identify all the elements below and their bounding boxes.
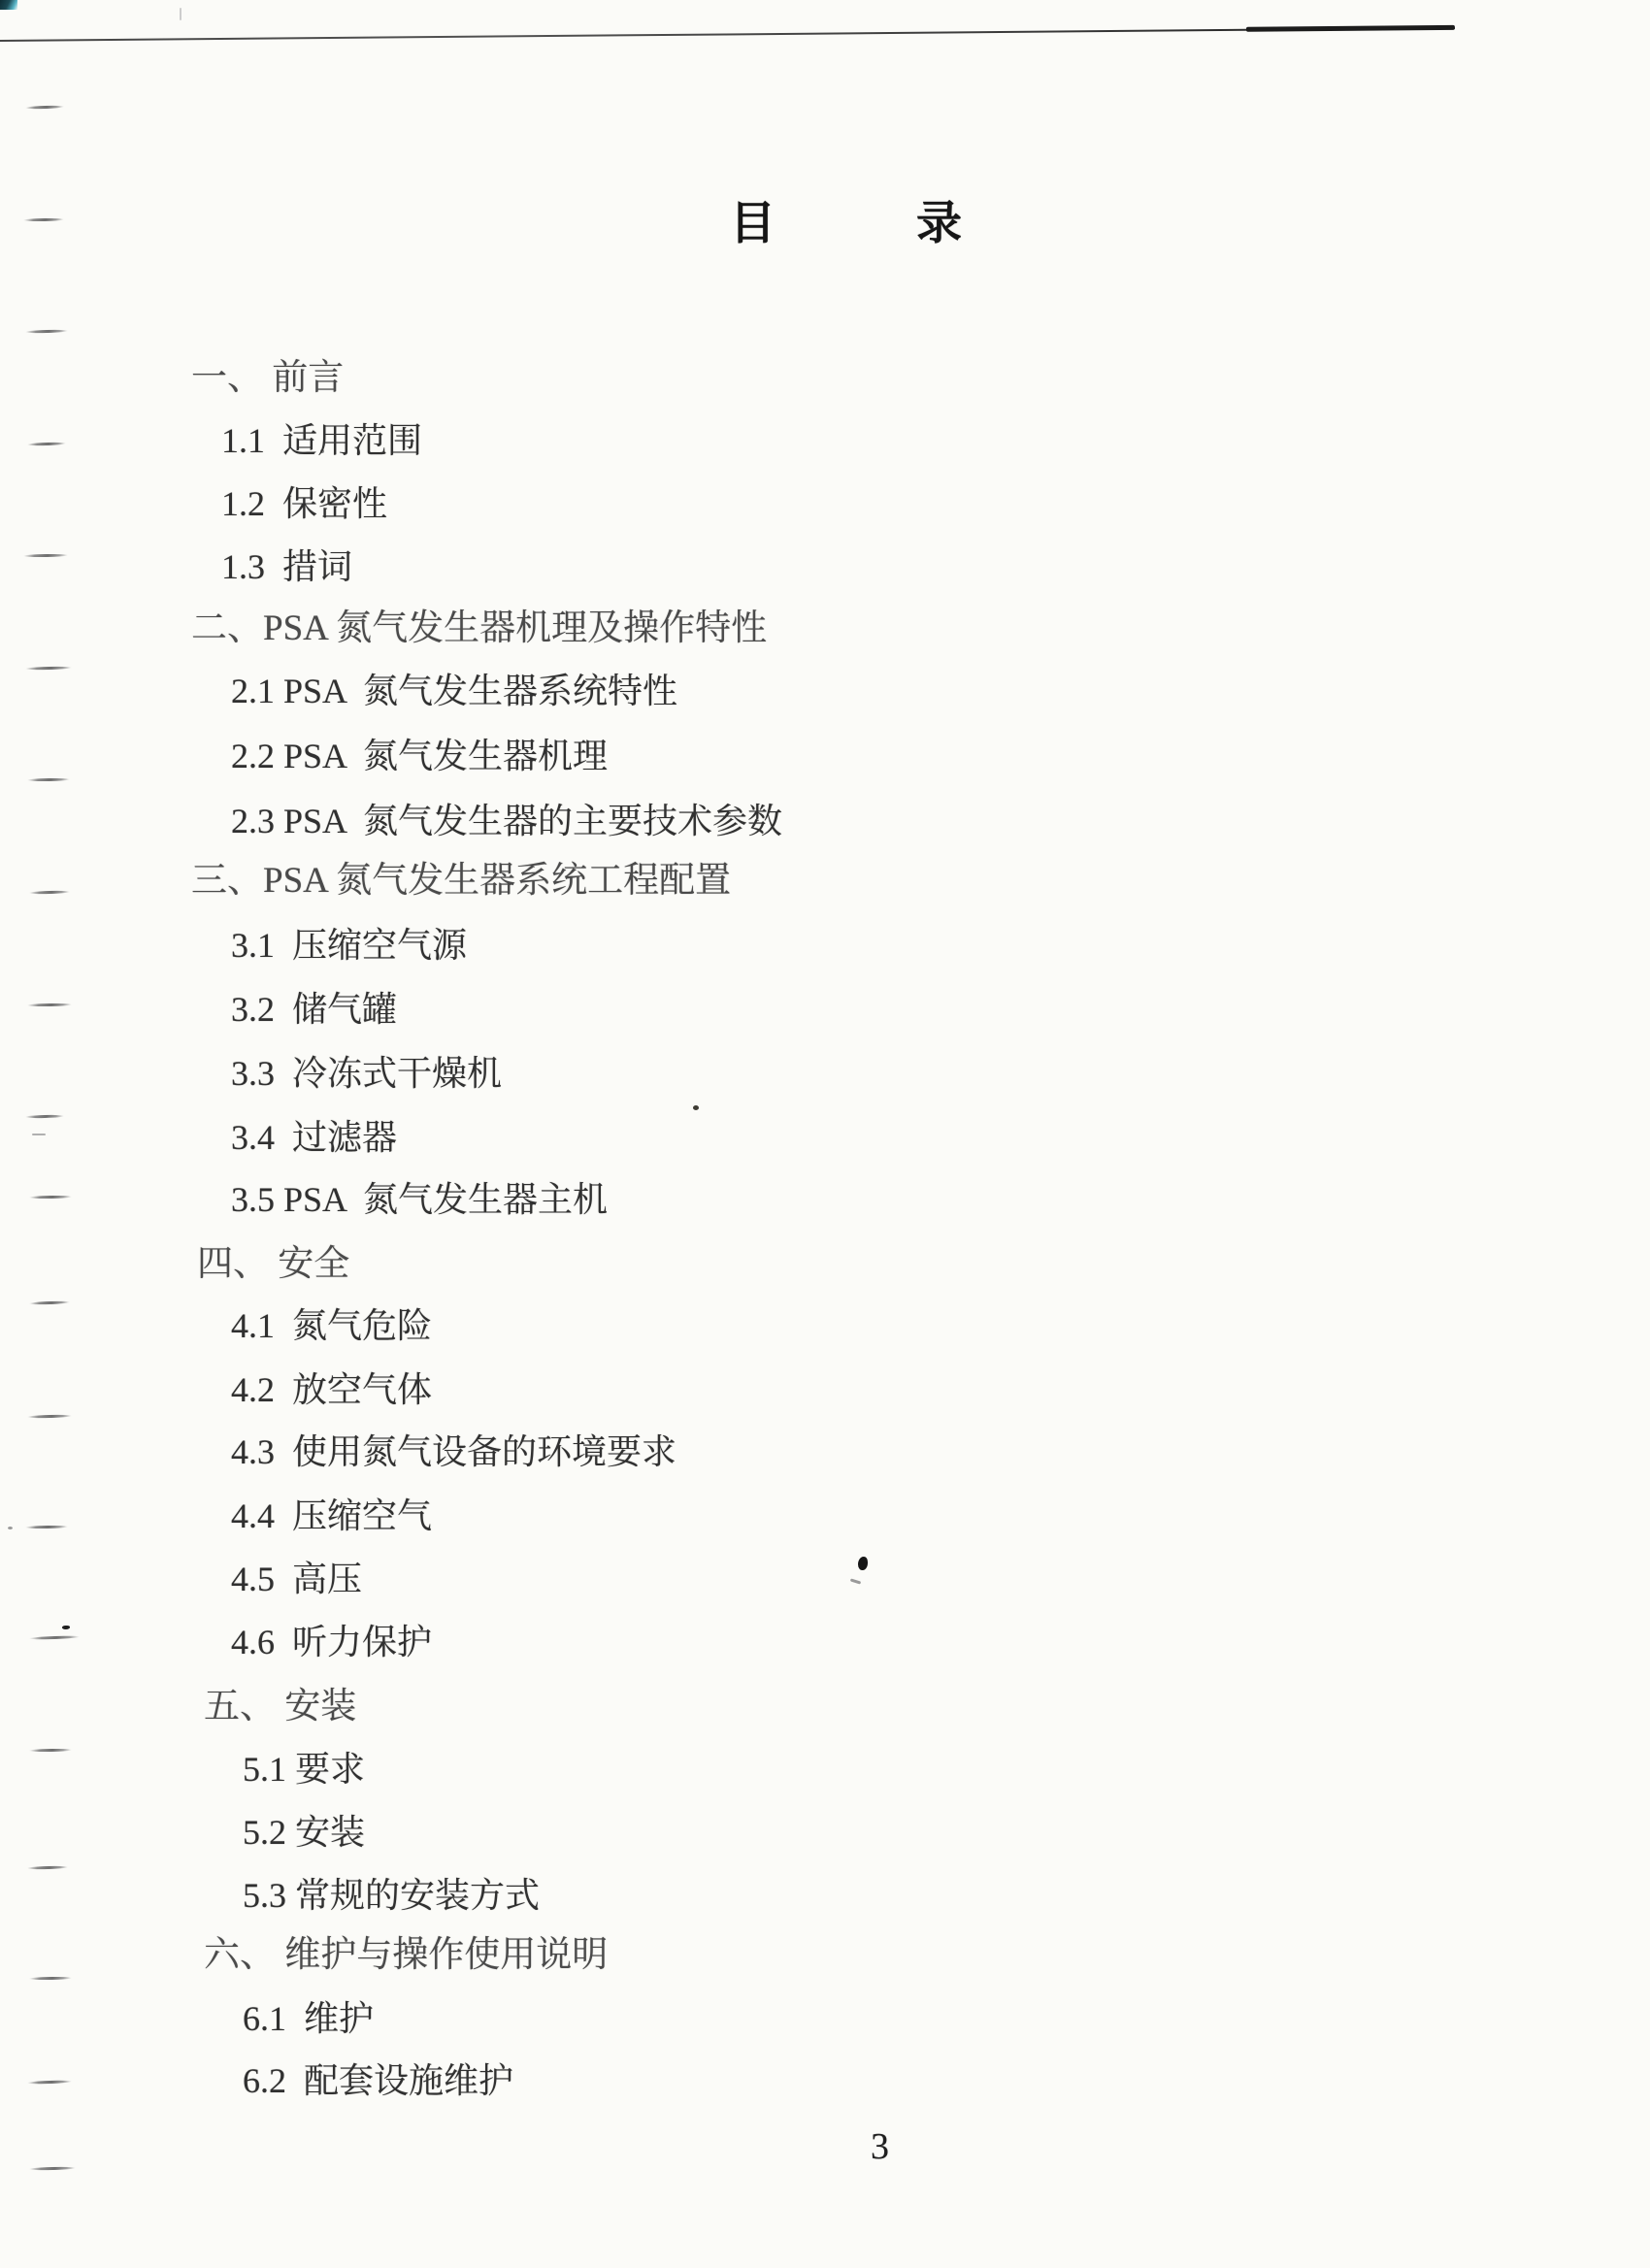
binder-ring-mark — [23, 218, 64, 222]
ink-dot-artifact — [62, 1626, 70, 1629]
toc-item-section-4: 四、 安全 — [197, 1244, 349, 1286]
toc-item-section-1: 一、 前言 — [191, 358, 344, 400]
ink-blot-tail-artifact — [850, 1578, 861, 1584]
toc-item-2-1: 2.1 PSA 氮气发生器系统特性 — [231, 672, 677, 711]
toc-item-5-1: 5.1 要求 — [243, 1750, 365, 1790]
toc-item-4-5: 4.5 高压 — [231, 1560, 362, 1599]
toc-item-2-3: 2.3 PSA 氮气发生器的主要技术参数 — [231, 802, 782, 841]
binder-ring-mark — [27, 778, 70, 782]
scanned-document-page: 目 录 一、 前言 1.1 适用范围 1.2 保密性 1.3 措词 二、PSA … — [0, 0, 1650, 2268]
ink-dot-artifact — [693, 1105, 699, 1110]
toc-item-6-1: 6.1 维护 — [243, 1999, 374, 2039]
toc-item-5-3: 5.3 常规的安装方式 — [243, 1876, 540, 1916]
toc-item-6-2: 6.2 配套设施维护 — [243, 2061, 513, 2101]
toc-item-1-2: 1.2 保密性 — [221, 484, 387, 524]
page-number: 3 — [871, 2125, 889, 2168]
page-title: 目 录 — [730, 200, 963, 250]
binder-ring-mark — [29, 1635, 80, 1640]
binder-ring-mark — [25, 329, 68, 333]
toc-item-4-2: 4.2 放空气体 — [231, 1370, 432, 1410]
toc-item-1-3: 1.3 措词 — [221, 547, 352, 587]
toc-item-2-2: 2.2 PSA 氮气发生器机理 — [231, 737, 608, 776]
toc-item-4-4: 4.4 压缩空气 — [231, 1496, 432, 1536]
toc-item-4-3: 4.3 使用氮气设备的环境要求 — [231, 1432, 676, 1472]
binder-ring-mark — [25, 1114, 64, 1118]
binder-ring-mark — [25, 105, 64, 109]
binder-ring-mark — [27, 1865, 68, 1869]
binder-ring-mark — [27, 1414, 72, 1418]
binder-ring-mark — [29, 2166, 76, 2170]
toc-item-3-4: 3.4 过滤器 — [231, 1118, 397, 1158]
toc-item-3-1: 3.1 压缩空气源 — [231, 926, 467, 966]
toc-item-4-6: 4.6 听力保护 — [231, 1623, 432, 1662]
toc-item-4-1: 4.1 氮气危险 — [231, 1306, 432, 1346]
toc-item-1-1: 1.1 适用范围 — [221, 421, 422, 461]
binder-ring-mark — [27, 1003, 72, 1007]
toc-item-3-5: 3.5 PSA 氮气发生器主机 — [231, 1180, 608, 1220]
scan-speck — [8, 1527, 13, 1529]
toc-item-section-6: 六、 维护与操作使用说明 — [204, 1935, 608, 1977]
binder-ring-mark — [25, 666, 72, 670]
toc-item-section-5: 五、 安装 — [204, 1687, 356, 1728]
scan-speck — [180, 8, 181, 20]
binder-ring-mark — [27, 2080, 72, 2085]
binder-ring-mark — [29, 890, 70, 894]
toc-item-section-3: 三、PSA 氮气发生器系统工程配置 — [191, 861, 731, 903]
toc-item-section-2: 二、PSA 氮气发生器机理及操作特性 — [191, 608, 767, 650]
scan-edge-line-artifact — [0, 27, 1455, 42]
binder-ring-mark — [29, 1977, 72, 1981]
toc-item-3-3: 3.3 冷冻式干燥机 — [231, 1054, 502, 1094]
binder-ring-mark — [29, 1749, 72, 1753]
binder-ring-mark — [25, 1526, 68, 1529]
binder-ring-mark — [29, 1300, 70, 1304]
toc-item-3-2: 3.2 储气罐 — [231, 990, 397, 1030]
ink-blot-artifact — [858, 1557, 868, 1570]
scan-corner-blemish — [0, 0, 17, 10]
scan-edge-line-thick-segment — [1246, 25, 1455, 32]
binder-ring-mark — [27, 442, 66, 445]
binder-ring-mark — [23, 554, 68, 558]
toc-item-5-2: 5.2 安装 — [243, 1813, 365, 1853]
scan-edge-line-base — [0, 27, 1455, 42]
scan-speck — [32, 1134, 46, 1135]
binder-ring-mark — [29, 1196, 72, 1200]
